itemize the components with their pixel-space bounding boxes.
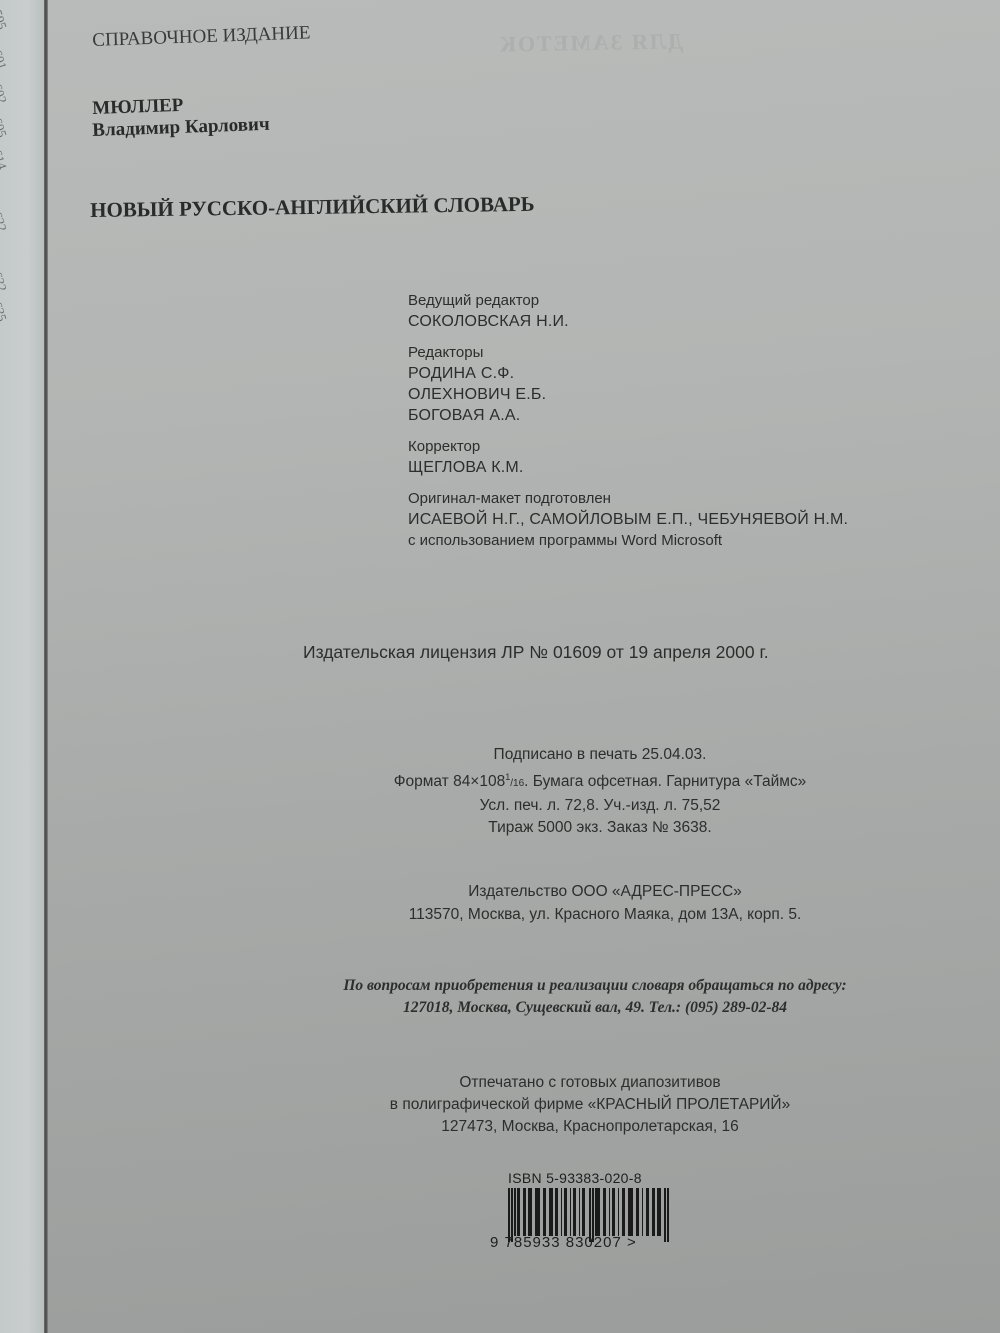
isbn-block: ISBN 5-93383-020-8 9 785933 830207 > <box>490 1170 710 1251</box>
author-surname: МЮЛЛЕР <box>92 95 184 120</box>
credit-name: БОГОВАЯ А.А. <box>408 405 848 426</box>
format-line: Формат 84×1081/16. Бумага офсетная. Гарн… <box>340 766 860 795</box>
credit-role: Редакторы <box>408 342 848 363</box>
credit-note: с использованием программы Word Microsof… <box>408 530 848 551</box>
publishing-license: Издательская лицензия ЛР № 01609 от 19 а… <box>303 642 769 663</box>
page-number: 595 <box>0 8 10 31</box>
signed-to-print: Подписано в печать 25.04.03. <box>340 744 860 766</box>
credit-editors: Редакторы РОДИНА С.Ф. ОЛЕХНОВИЧ Е.Б. БОГ… <box>408 342 848 426</box>
page-number: 605 <box>0 116 10 139</box>
credit-name: ЩЕГЛОВА К.М. <box>408 457 848 478</box>
credit-lead-editor: Ведущий редактор СОКОЛОВСКАЯ Н.И. <box>408 290 848 332</box>
credit-name: ОЛЕХНОВИЧ Е.Б. <box>408 384 848 405</box>
credit-name: ИСАЕВОЙ Н.Г., САМОЙЛОВЫМ Е.П., ЧЕБУНЯЕВО… <box>408 509 848 530</box>
credit-name: РОДИНА С.Ф. <box>408 363 848 384</box>
credit-role: Ведущий редактор <box>408 290 848 311</box>
printer-line-3: 127473, Москва, Краснопролетарская, 16 <box>320 1116 860 1138</box>
ean-digits: 9 785933 830207 > <box>490 1234 710 1251</box>
printer-block: Отпечатано с готовых диапозитивов в поли… <box>320 1072 860 1138</box>
page-number: 635 <box>0 300 10 323</box>
page-number: 614 <box>0 148 10 171</box>
credit-proofreader: Корректор ЩЕГЛОВА К.М. <box>408 436 848 478</box>
format-suffix: . Бумага офсетная. Гарнитура «Таймс» <box>524 773 806 790</box>
printer-line-2: в полиграфической фирме «КРАСНЫЙ ПРОЛЕТА… <box>320 1094 860 1116</box>
credits-block: Ведущий редактор СОКОЛОВСКАЯ Н.И. Редакт… <box>408 290 848 561</box>
page-number: 601 <box>0 48 10 71</box>
page-number: 602 <box>0 82 10 105</box>
sheets-line: Усл. печ. л. 72,8. Уч.-изд. л. 75,52 <box>340 795 860 817</box>
print-info: Подписано в печать 25.04.03. Формат 84×1… <box>340 744 860 839</box>
page-number: 632 <box>0 270 10 293</box>
show-through-text: ДЛЯ ЗАМЕТОК <box>498 28 684 57</box>
sales-line-1: По вопросам приобретения и реализации сл… <box>270 975 920 997</box>
printer-line-1: Отпечатано с готовых диапозитивов <box>320 1072 860 1094</box>
format-prefix: Формат 84×108 <box>394 773 506 790</box>
format-frac: /16 <box>510 778 524 789</box>
print-run-line: Тираж 5000 экз. Заказ № 3638. <box>340 817 860 839</box>
credit-role: Корректор <box>408 436 848 457</box>
credit-name: СОКОЛОВСКАЯ Н.И. <box>408 311 848 332</box>
left-page-edge: 595 601 602 605 614 622 632 635 <box>0 0 46 1333</box>
publisher-address: 113570, Москва, ул. Красного Маяка, дом … <box>340 903 870 926</box>
credit-role: Оригинал-макет подготовлен <box>408 488 848 509</box>
publisher-name: Издательство ООО «АДРЕС-ПРЕСС» <box>340 880 870 903</box>
sales-contact-block: По вопросам приобретения и реализации сл… <box>270 975 920 1019</box>
page-number: 622 <box>0 210 10 233</box>
credit-layout: Оригинал-макет подготовлен ИСАЕВОЙ Н.Г.,… <box>408 488 848 551</box>
sales-line-2: 127018, Москва, Сущевский вал, 49. Тел.:… <box>270 997 920 1019</box>
publisher-block: Издательство ООО «АДРЕС-ПРЕСС» 113570, М… <box>340 880 870 926</box>
isbn-label: ISBN 5-93383-020-8 <box>508 1170 710 1186</box>
barcode-icon <box>508 1188 710 1240</box>
